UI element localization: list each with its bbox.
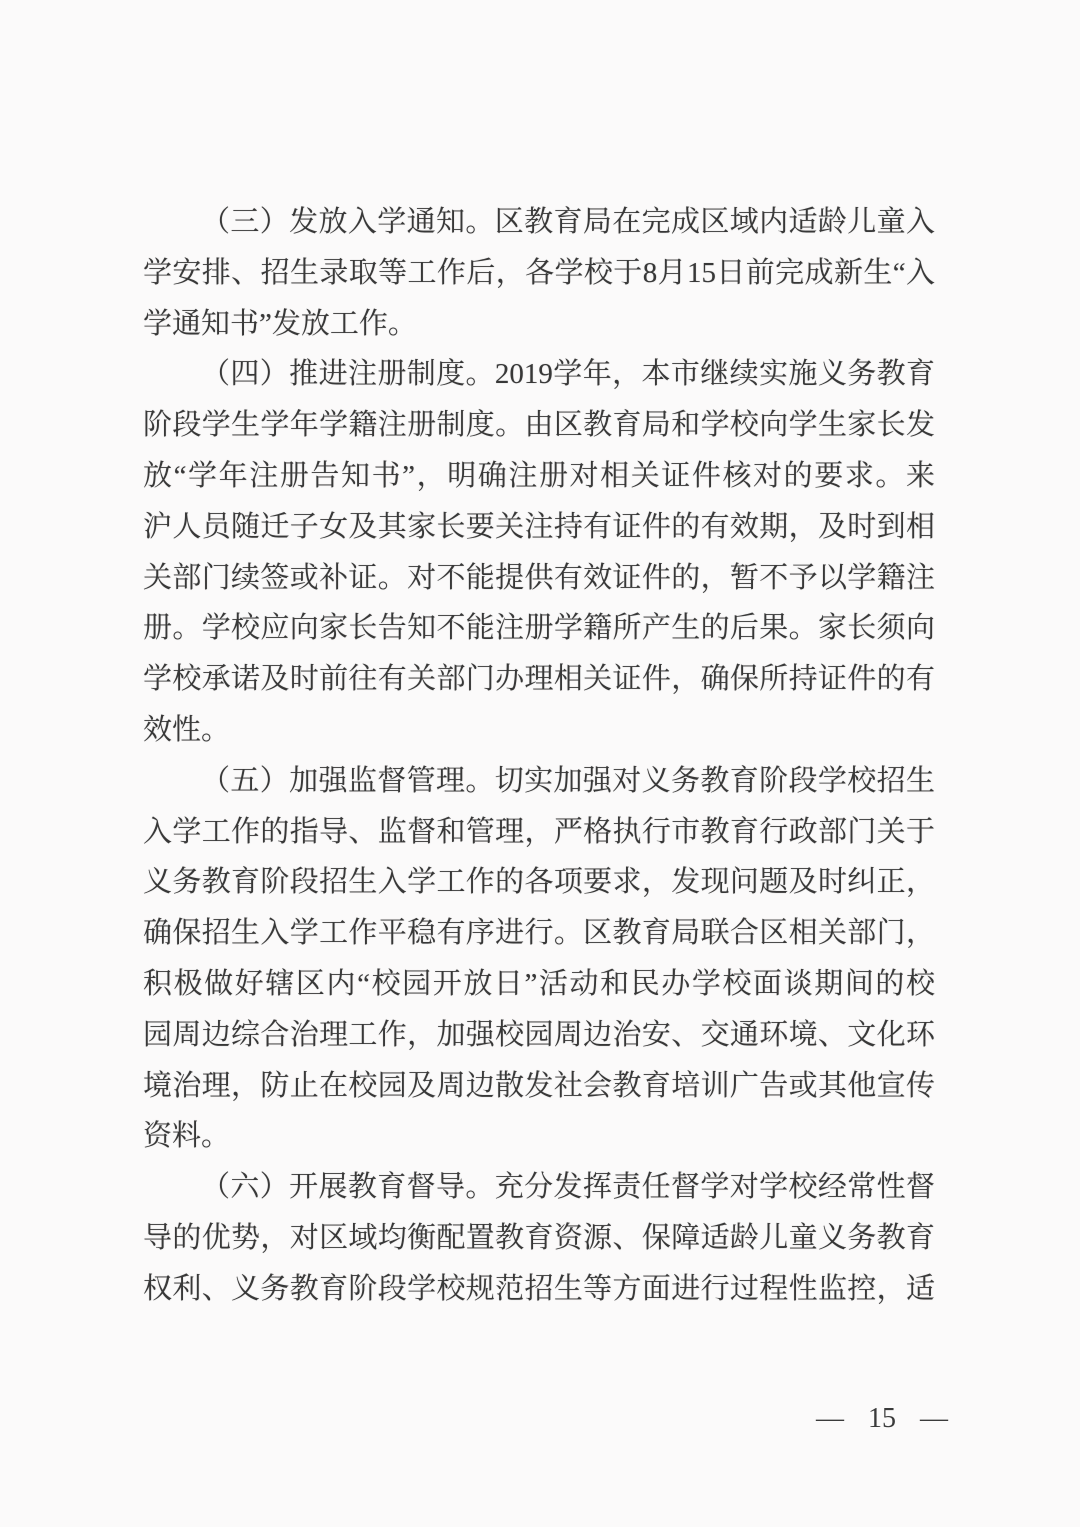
text-line: 学校承诺及时前往有关部门办理相关证件，确保所持证件的有 (143, 654, 935, 705)
text-line: 义务教育阶段招生入学工作的各项要求，发现问题及时纠正， (143, 857, 935, 908)
text-line: 学安排、招生录取等工作后，各学校于8月15日前完成新生“入 (143, 248, 935, 299)
paragraph-strengthen-supervision: （五）加强监督管理。切实加强对义务教育阶段学校招生 入学工作的指导、监督和管理，… (143, 756, 935, 1162)
text-line: （三）发放入学通知。区教育局在完成区域内适龄儿童入 (143, 197, 935, 248)
paragraph-education-supervision: （六）开展教育督导。充分发挥责任督学对学校经常性督 导的优势，对区域均衡配置教育… (143, 1162, 935, 1314)
text-line: 导的优势，对区域均衡配置教育资源、保障适龄儿童义务教育 (143, 1213, 935, 1264)
page-number-dash-right: — (920, 1403, 948, 1435)
text-line: （五）加强监督管理。切实加强对义务教育阶段学校招生 (143, 756, 935, 807)
page-number-value: 15 (864, 1403, 900, 1435)
paragraph-promote-registration-system: （四）推进注册制度。2019学年，本市继续实施义务教育 阶段学生学年学籍注册制度… (143, 349, 935, 755)
text-line: 册。学校应向家长告知不能注册学籍所产生的后果。家长须向 (143, 603, 935, 654)
text-line: 确保招生入学工作平稳有序进行。区教育局联合区相关部门， (143, 908, 935, 959)
text-line: 效性。 (143, 705, 935, 756)
text-line: 境治理，防止在校园及周边散发社会教育培训广告或其他宣传 (143, 1061, 935, 1112)
page-number-dash-left: — (816, 1403, 844, 1435)
text-line: 阶段学生学年学籍注册制度。由区教育局和学校向学生家长发 (143, 400, 935, 451)
document-page: （三）发放入学通知。区教育局在完成区域内适龄儿童入 学安排、招生录取等工作后，各… (0, 0, 1080, 1527)
text-line: 入学工作的指导、监督和管理，严格执行市教育行政部门关于 (143, 807, 935, 858)
text-line: 权利、义务教育阶段学校规范招生等方面进行过程性监控，适 (143, 1264, 935, 1315)
text-line: 学通知书”发放工作。 (143, 299, 935, 350)
text-line: 积极做好辖区内“校园开放日”活动和民办学校面谈期间的校 (143, 959, 935, 1010)
text-line: （六）开展教育督导。充分发挥责任督学对学校经常性督 (143, 1162, 935, 1213)
text-line: （四）推进注册制度。2019学年，本市继续实施义务教育 (143, 349, 935, 400)
text-line: 放“学年注册告知书”，明确注册对相关证件核对的要求。来 (143, 451, 935, 502)
text-line: 园周边综合治理工作，加强校园周边治安、交通环境、文化环 (143, 1010, 935, 1061)
text-line: 资料。 (143, 1111, 935, 1162)
text-line: 沪人员随迁子女及其家长要关注持有证件的有效期，及时到相 (143, 502, 935, 553)
page-number: — 15 — (816, 1398, 948, 1440)
document-body: （三）发放入学通知。区教育局在完成区域内适龄儿童入 学安排、招生录取等工作后，各… (143, 197, 935, 1315)
paragraph-issue-enrollment-notice: （三）发放入学通知。区教育局在完成区域内适龄儿童入 学安排、招生录取等工作后，各… (143, 197, 935, 349)
text-line: 关部门续签或补证。对不能提供有效证件的，暂不予以学籍注 (143, 553, 935, 604)
